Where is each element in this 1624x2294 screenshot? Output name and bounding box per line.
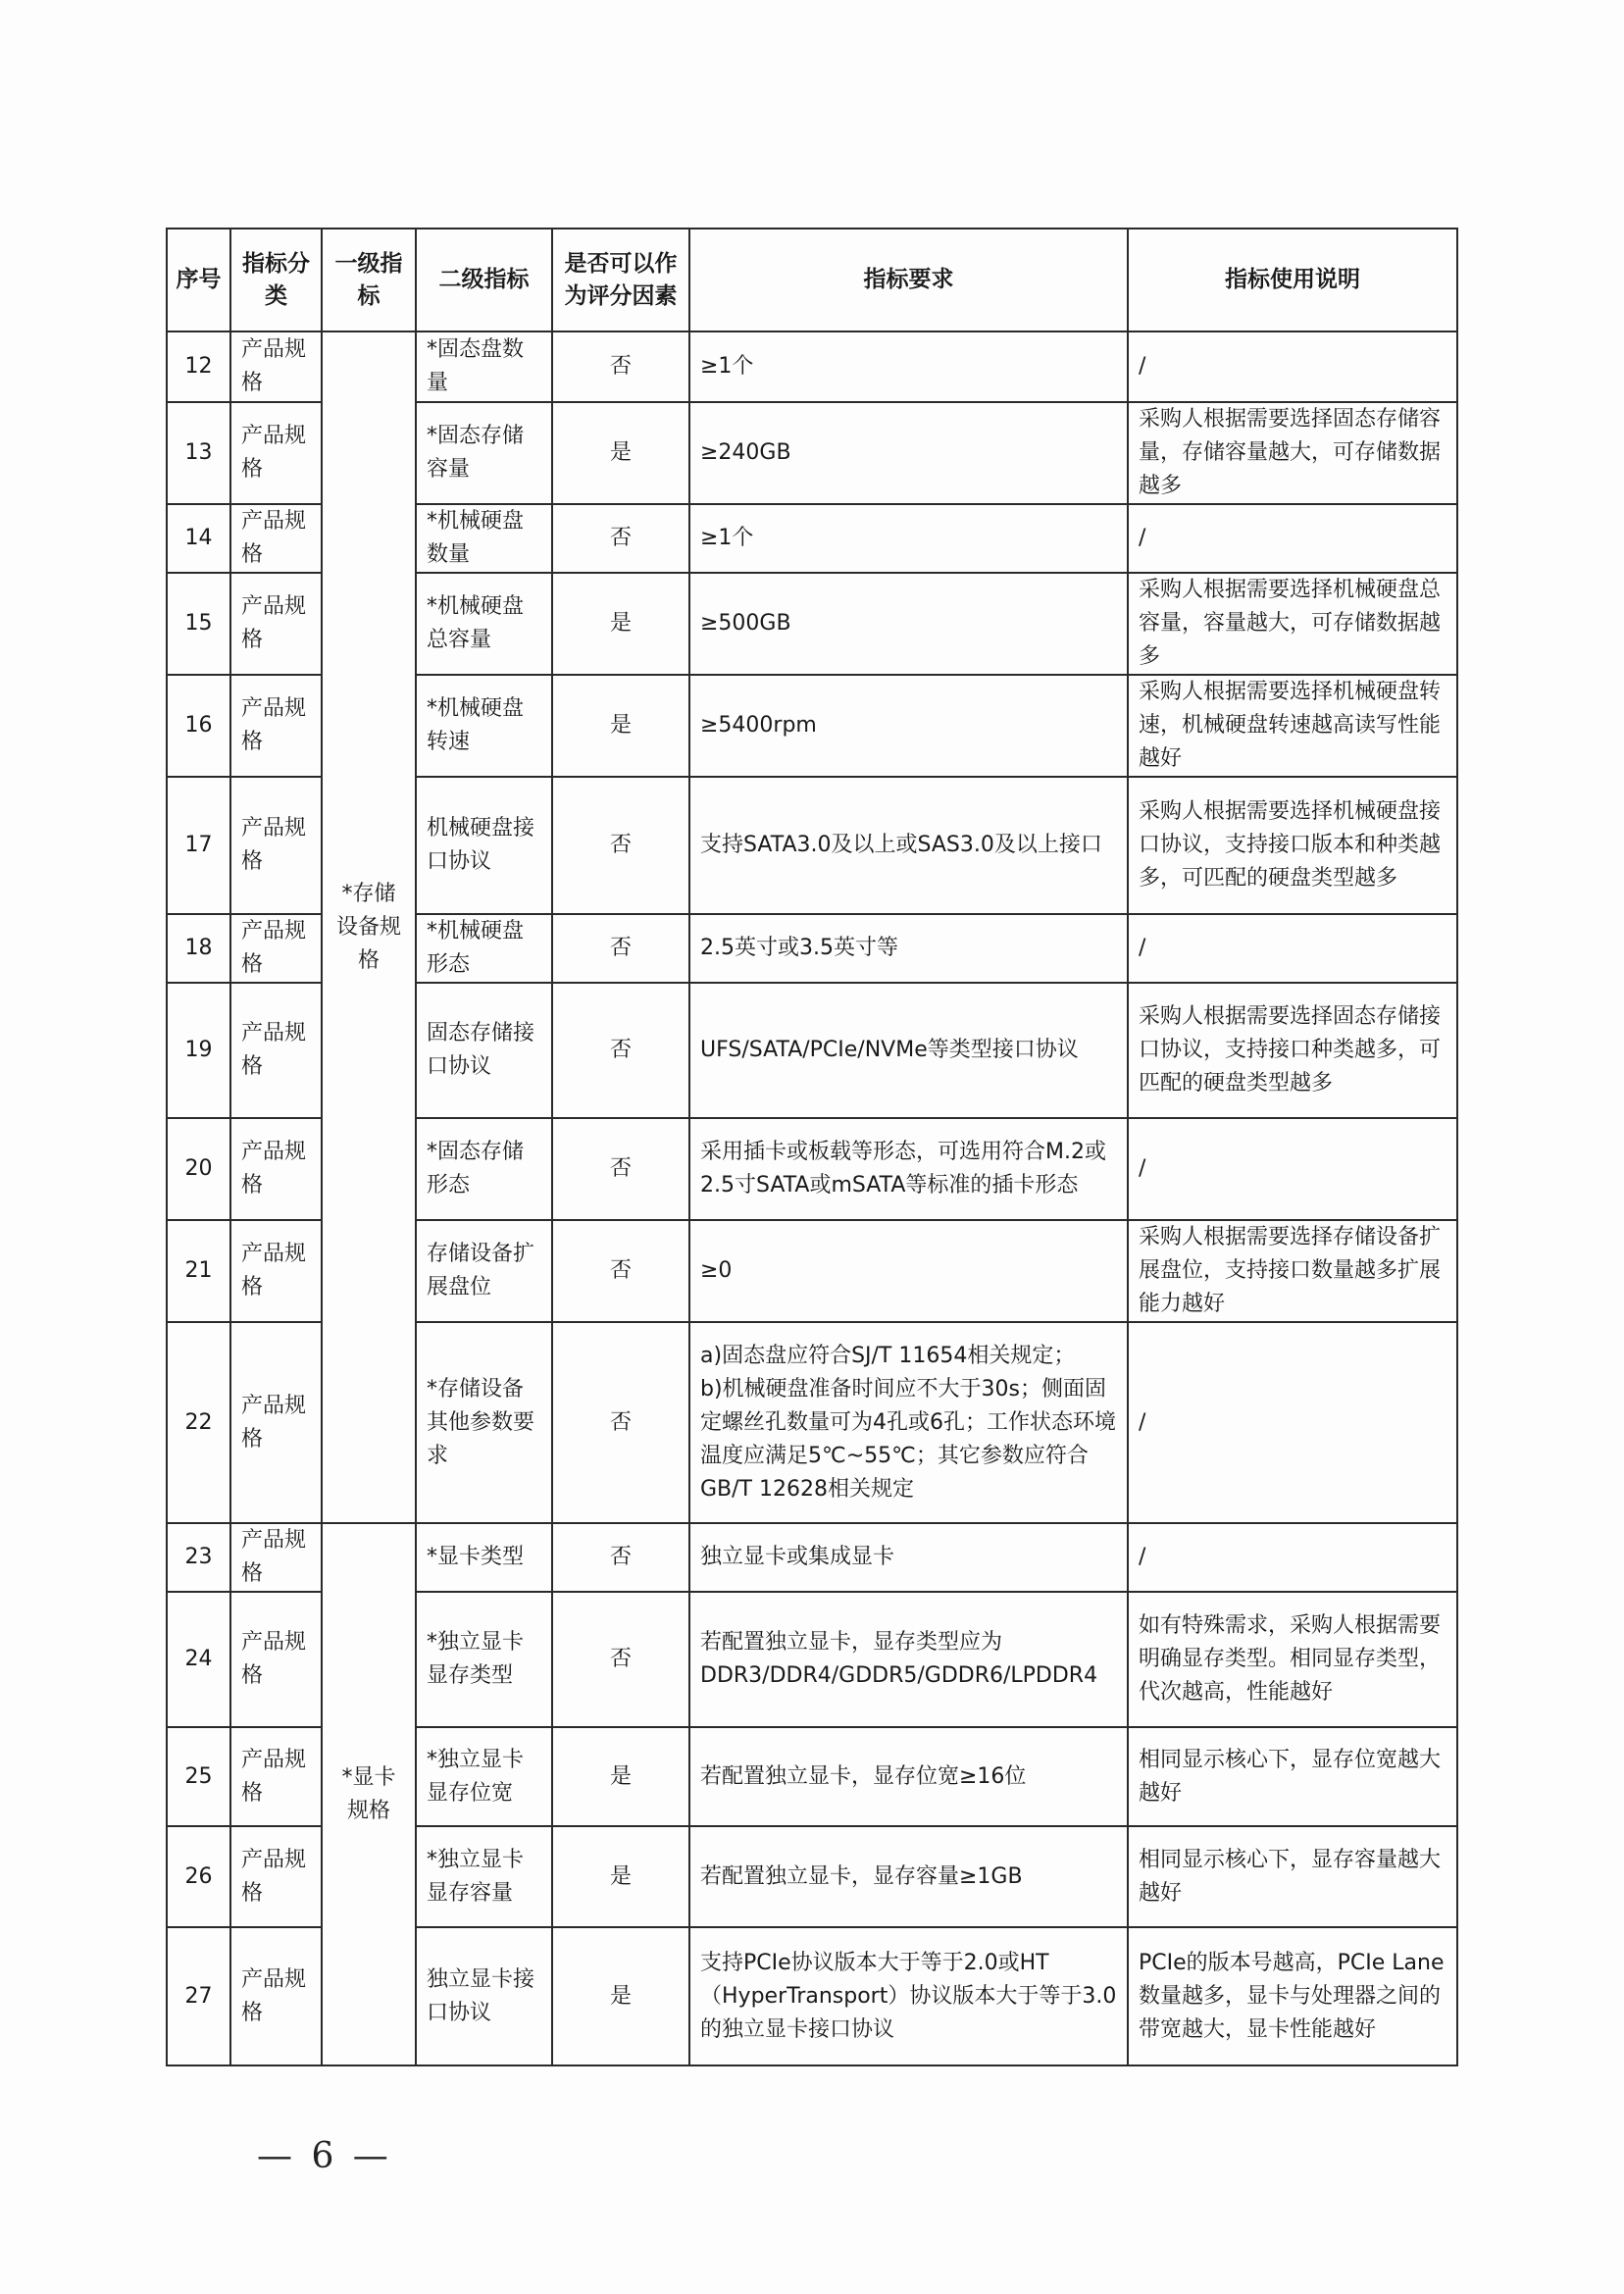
row-note: 如有特殊需求，采购人根据需要明确显存类型。相同显存类型，代次越高，性能越好 <box>1128 1592 1457 1727</box>
row-no: 23 <box>167 1523 230 1592</box>
table-header-row: 序号 指标分类 一级指标 二级指标 是否可以作为评分因素 指标要求 指标使用说明 <box>167 229 1457 331</box>
header-scoring: 是否可以作为评分因素 <box>552 229 689 331</box>
row-category: 产品规格 <box>230 402 322 504</box>
row-no: 15 <box>167 573 230 675</box>
row-scoring: 是 <box>552 1927 689 2065</box>
row-category: 产品规格 <box>230 1826 322 1927</box>
row-level2: *机械硬盘总容量 <box>416 573 552 675</box>
header-no: 序号 <box>167 229 230 331</box>
row-category: 产品规格 <box>230 777 322 914</box>
row-note: 采购人根据需要选择固态存储接口协议，支持接口种类越多，可匹配的硬盘类型越多 <box>1128 983 1457 1118</box>
row-scoring: 否 <box>552 777 689 914</box>
row-requirement: ≥1个 <box>689 331 1128 402</box>
row-level2: *固态存储容量 <box>416 402 552 504</box>
row-level2: *机械硬盘形态 <box>416 914 552 983</box>
row-scoring: 是 <box>552 675 689 777</box>
row-scoring: 否 <box>552 504 689 573</box>
row-scoring: 否 <box>552 914 689 983</box>
table-row: 12 产品规格 *存储设备规格 *固态盘数量 否 ≥1个 / <box>167 331 1457 402</box>
row-category: 产品规格 <box>230 983 322 1118</box>
row-scoring: 否 <box>552 1322 689 1523</box>
row-note: 采购人根据需要选择存储设备扩展盘位，支持接口数量越多扩展能力越好 <box>1128 1220 1457 1322</box>
row-category: 产品规格 <box>230 331 322 402</box>
document-page: 序号 指标分类 一级指标 二级指标 是否可以作为评分因素 指标要求 指标使用说明… <box>0 0 1624 2294</box>
row-scoring: 是 <box>552 402 689 504</box>
row-requirement: ≥1个 <box>689 504 1128 573</box>
row-no: 14 <box>167 504 230 573</box>
row-category: 产品规格 <box>230 1927 322 2065</box>
row-no: 18 <box>167 914 230 983</box>
row-no: 16 <box>167 675 230 777</box>
header-requirement: 指标要求 <box>689 229 1128 331</box>
row-category: 产品规格 <box>230 1322 322 1523</box>
row-level2: *独立显卡显存类型 <box>416 1592 552 1727</box>
row-requirement: UFS/SATA/PCIe/NVMe等类型接口协议 <box>689 983 1128 1118</box>
row-note: / <box>1128 1322 1457 1523</box>
row-no: 22 <box>167 1322 230 1523</box>
row-note: PCIe的版本号越高，PCIe Lane数量越多，显卡与处理器之间的带宽越大，显… <box>1128 1927 1457 2065</box>
row-level2: *固态存储形态 <box>416 1118 552 1220</box>
row-category: 产品规格 <box>230 914 322 983</box>
row-category: 产品规格 <box>230 1118 322 1220</box>
row-no: 20 <box>167 1118 230 1220</box>
spec-table: 序号 指标分类 一级指标 二级指标 是否可以作为评分因素 指标要求 指标使用说明… <box>166 228 1458 2066</box>
row-no: 26 <box>167 1826 230 1927</box>
row-requirement: ≥500GB <box>689 573 1128 675</box>
row-scoring: 否 <box>552 331 689 402</box>
row-scoring: 否 <box>552 1118 689 1220</box>
row-no: 24 <box>167 1592 230 1727</box>
row-level2: *机械硬盘数量 <box>416 504 552 573</box>
row-level2: *存储设备其他参数要求 <box>416 1322 552 1523</box>
row-scoring: 否 <box>552 1220 689 1322</box>
row-category: 产品规格 <box>230 1592 322 1727</box>
row-note: / <box>1128 914 1457 983</box>
row-no: 13 <box>167 402 230 504</box>
row-no: 21 <box>167 1220 230 1322</box>
row-scoring: 是 <box>552 573 689 675</box>
row-scoring: 否 <box>552 983 689 1118</box>
row-level2: *独立显卡显存位宽 <box>416 1727 552 1826</box>
row-category: 产品规格 <box>230 1523 322 1592</box>
row-note: 采购人根据需要选择机械硬盘转速，机械硬盘转速越高读写性能越好 <box>1128 675 1457 777</box>
row-requirement: ≥0 <box>689 1220 1128 1322</box>
row-level2: 独立显卡接口协议 <box>416 1927 552 2065</box>
row-requirement: 2.5英寸或3.5英寸等 <box>689 914 1128 983</box>
row-no: 27 <box>167 1927 230 2065</box>
header-level1: 一级指标 <box>322 229 416 331</box>
row-category: 产品规格 <box>230 675 322 777</box>
header-note: 指标使用说明 <box>1128 229 1457 331</box>
row-requirement: 若配置独立显卡，显存位宽≥16位 <box>689 1727 1128 1826</box>
row-category: 产品规格 <box>230 573 322 675</box>
row-no: 25 <box>167 1727 230 1826</box>
row-no: 17 <box>167 777 230 914</box>
row-requirement: ≥5400rpm <box>689 675 1128 777</box>
row-note: / <box>1128 504 1457 573</box>
row-level2: *显卡类型 <box>416 1523 552 1592</box>
row-scoring: 否 <box>552 1592 689 1727</box>
row-note: 采购人根据需要选择机械硬盘接口协议，支持接口版本和种类越多，可匹配的硬盘类型越多 <box>1128 777 1457 914</box>
row-requirement: 支持PCIe协议版本大于等于2.0或HT（HyperTransport）协议版本… <box>689 1927 1128 2065</box>
row-note: / <box>1128 1523 1457 1592</box>
row-requirement: 若配置独立显卡，显存类型应为DDR3/DDR4/GDDR5/GDDR6/LPDD… <box>689 1592 1128 1727</box>
row-requirement: 独立显卡或集成显卡 <box>689 1523 1128 1592</box>
row-level2: 固态存储接口协议 <box>416 983 552 1118</box>
row-requirement: 若配置独立显卡，显存容量≥1GB <box>689 1826 1128 1927</box>
level1-storage: *存储设备规格 <box>322 331 416 1523</box>
row-requirement: ≥240GB <box>689 402 1128 504</box>
row-category: 产品规格 <box>230 1727 322 1826</box>
row-level2: 机械硬盘接口协议 <box>416 777 552 914</box>
row-no: 12 <box>167 331 230 402</box>
row-category: 产品规格 <box>230 1220 322 1322</box>
row-note: / <box>1128 331 1457 402</box>
row-level2: *独立显卡显存容量 <box>416 1826 552 1927</box>
row-note: 采购人根据需要选择机械硬盘总容量，容量越大，可存储数据越多 <box>1128 573 1457 675</box>
row-level2: *机械硬盘转速 <box>416 675 552 777</box>
row-scoring: 是 <box>552 1727 689 1826</box>
row-note: 相同显示核心下，显存容量越大越好 <box>1128 1826 1457 1927</box>
page-number: — 6 — <box>257 2136 392 2176</box>
row-scoring: 是 <box>552 1826 689 1927</box>
row-scoring: 否 <box>552 1523 689 1592</box>
row-level2: *固态盘数量 <box>416 331 552 402</box>
row-no: 19 <box>167 983 230 1118</box>
row-note: / <box>1128 1118 1457 1220</box>
row-note: 采购人根据需要选择固态存储容量，存储容量越大，可存储数据越多 <box>1128 402 1457 504</box>
row-category: 产品规格 <box>230 504 322 573</box>
level1-gpu: *显卡规格 <box>322 1523 416 2065</box>
row-note: 相同显示核心下，显存位宽越大越好 <box>1128 1727 1457 1826</box>
row-level2: 存储设备扩展盘位 <box>416 1220 552 1322</box>
header-category: 指标分类 <box>230 229 322 331</box>
row-requirement: 采用插卡或板载等形态，可选用符合M.2或2.5寸SATA或mSATA等标准的插卡… <box>689 1118 1128 1220</box>
row-requirement: 支持SATA3.0及以上或SAS3.0及以上接口 <box>689 777 1128 914</box>
table-row: 23 产品规格 *显卡规格 *显卡类型 否 独立显卡或集成显卡 / <box>167 1523 1457 1592</box>
row-requirement: a)固态盘应符合SJ/T 11654相关规定； b)机械硬盘准备时间应不大于30… <box>689 1322 1128 1523</box>
header-level2: 二级指标 <box>416 229 552 331</box>
